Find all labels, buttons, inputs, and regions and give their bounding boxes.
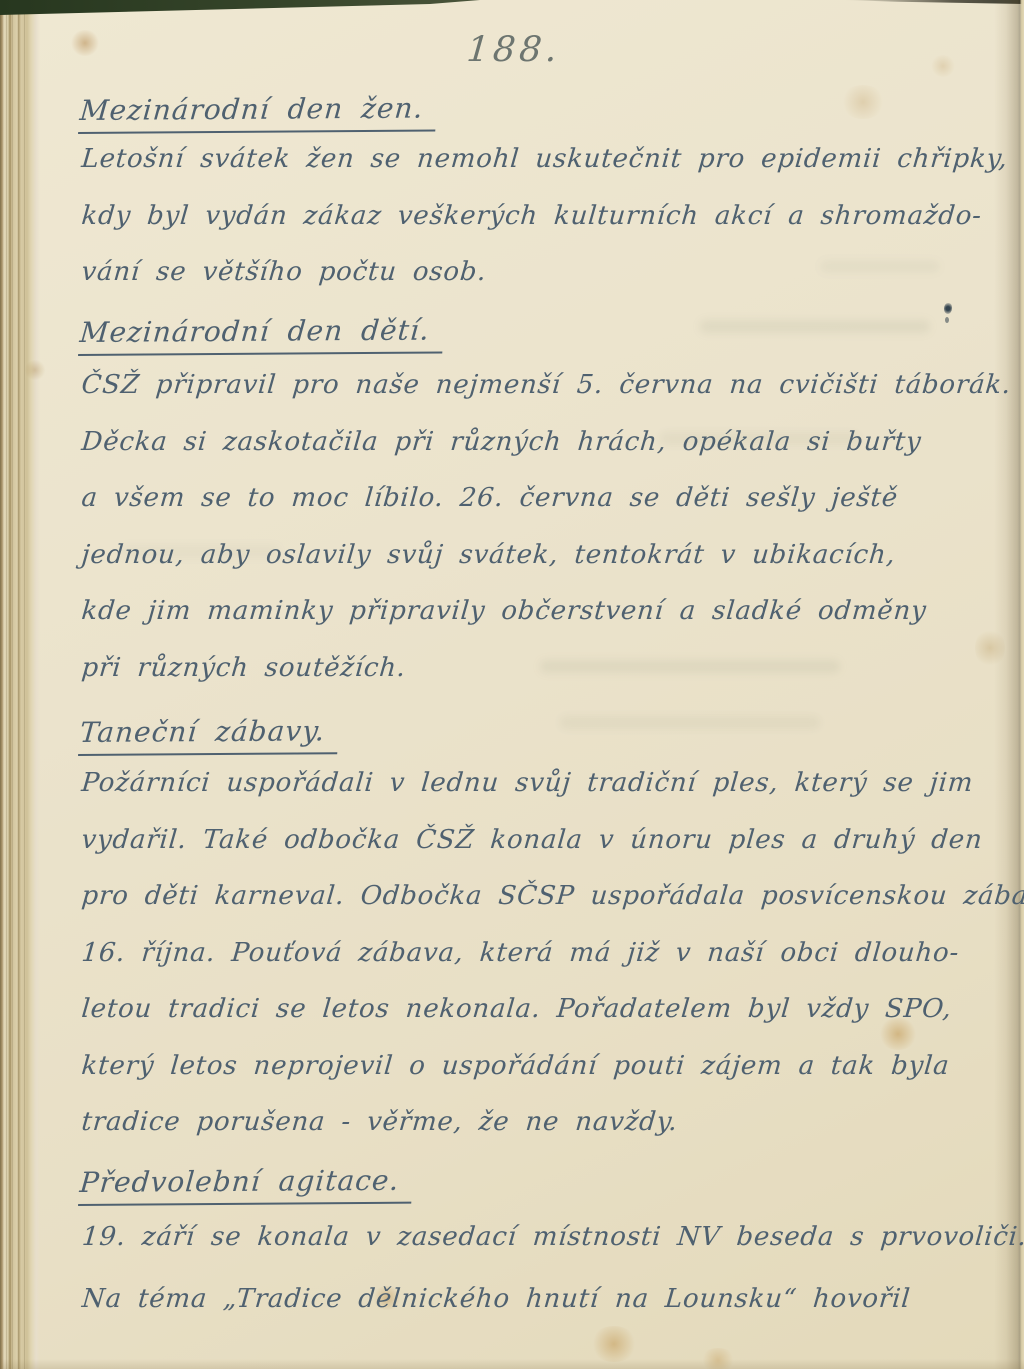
text-line: vydařil. Také odbočka ČSŽ konala v únoru… bbox=[78, 825, 985, 882]
section-body-dance-parties: Požárníci uspořádali v lednu svůj tradič… bbox=[78, 768, 980, 1164]
chronicle-page-scan: 188. Mezinárodní den žen. Letošní svátek… bbox=[0, 0, 1024, 1369]
text-line: jednou, aby oslavily svůj svátek, tentok… bbox=[78, 540, 985, 597]
text-line: tradice porušena - věřme, že ne navždy. bbox=[78, 1107, 985, 1164]
section-international-womens-day: Mezinárodní den žen. bbox=[78, 94, 980, 134]
text-line: Letošní svátek žen se nemohl uskutečnit … bbox=[78, 144, 985, 201]
text-line: a všem se to moc líbilo. 26. června se d… bbox=[78, 483, 985, 540]
text-line: který letos neprojevil o uspořádání pout… bbox=[78, 1051, 985, 1108]
age-stain bbox=[700, 1348, 736, 1369]
section-heading: Mezinárodní den žen. bbox=[78, 92, 439, 134]
section-heading: Mezinárodní den dětí. bbox=[78, 313, 445, 356]
text-line: kde jim maminky připravily občerstvení a… bbox=[78, 596, 985, 653]
text-line: kdy byl vydán zákaz veškerých kulturních… bbox=[78, 201, 985, 258]
section-international-childrens-day: Mezinárodní den dětí. bbox=[78, 316, 980, 356]
section-dance-parties: Taneční zábavy. bbox=[78, 716, 980, 756]
page-curl-shadow bbox=[994, 0, 1024, 1369]
stacked-page-edges bbox=[0, 0, 40, 1369]
age-stain bbox=[24, 360, 46, 380]
bottom-edge-shadow bbox=[0, 1359, 1024, 1369]
text-line: 16. října. Pouťová zábava, která má již … bbox=[78, 938, 985, 995]
text-line: při různých soutěžích. bbox=[78, 653, 985, 710]
section-body-womens-day: Letošní svátek žen se nemohl uskutečnit … bbox=[78, 144, 980, 314]
page-number: 188. bbox=[0, 30, 1024, 70]
text-line: pro děti karneval. Odbočka SČSP uspořáda… bbox=[78, 881, 985, 938]
text-line: Požárníci uspořádali v lednu svůj tradič… bbox=[78, 768, 985, 825]
section-heading: Taneční zábavy. bbox=[78, 714, 341, 756]
text-line: Na téma „Tradice dělnického hnutí na Lou… bbox=[78, 1284, 985, 1346]
section-pre-election-agitation: Předvolební agitace. bbox=[78, 1166, 980, 1206]
text-line: 19. září se konala v zasedací místnosti … bbox=[78, 1222, 985, 1284]
text-line: vání se většího počtu osob. bbox=[78, 257, 985, 314]
section-body-childrens-day: ČSŽ připravil pro naše nejmenší 5. červn… bbox=[78, 370, 980, 709]
section-body-pre-election: 19. září se konala v zasedací místnosti … bbox=[78, 1222, 980, 1346]
text-line: letou tradici se letos nekonala. Pořadat… bbox=[78, 994, 985, 1051]
text-line: ČSŽ připravil pro naše nejmenší 5. červn… bbox=[78, 370, 985, 427]
text-line: Děcka si zaskotačila při různých hrách, … bbox=[78, 427, 985, 484]
book-cover-edge-top-left bbox=[0, 0, 480, 16]
section-heading: Předvolební agitace. bbox=[78, 1164, 415, 1206]
